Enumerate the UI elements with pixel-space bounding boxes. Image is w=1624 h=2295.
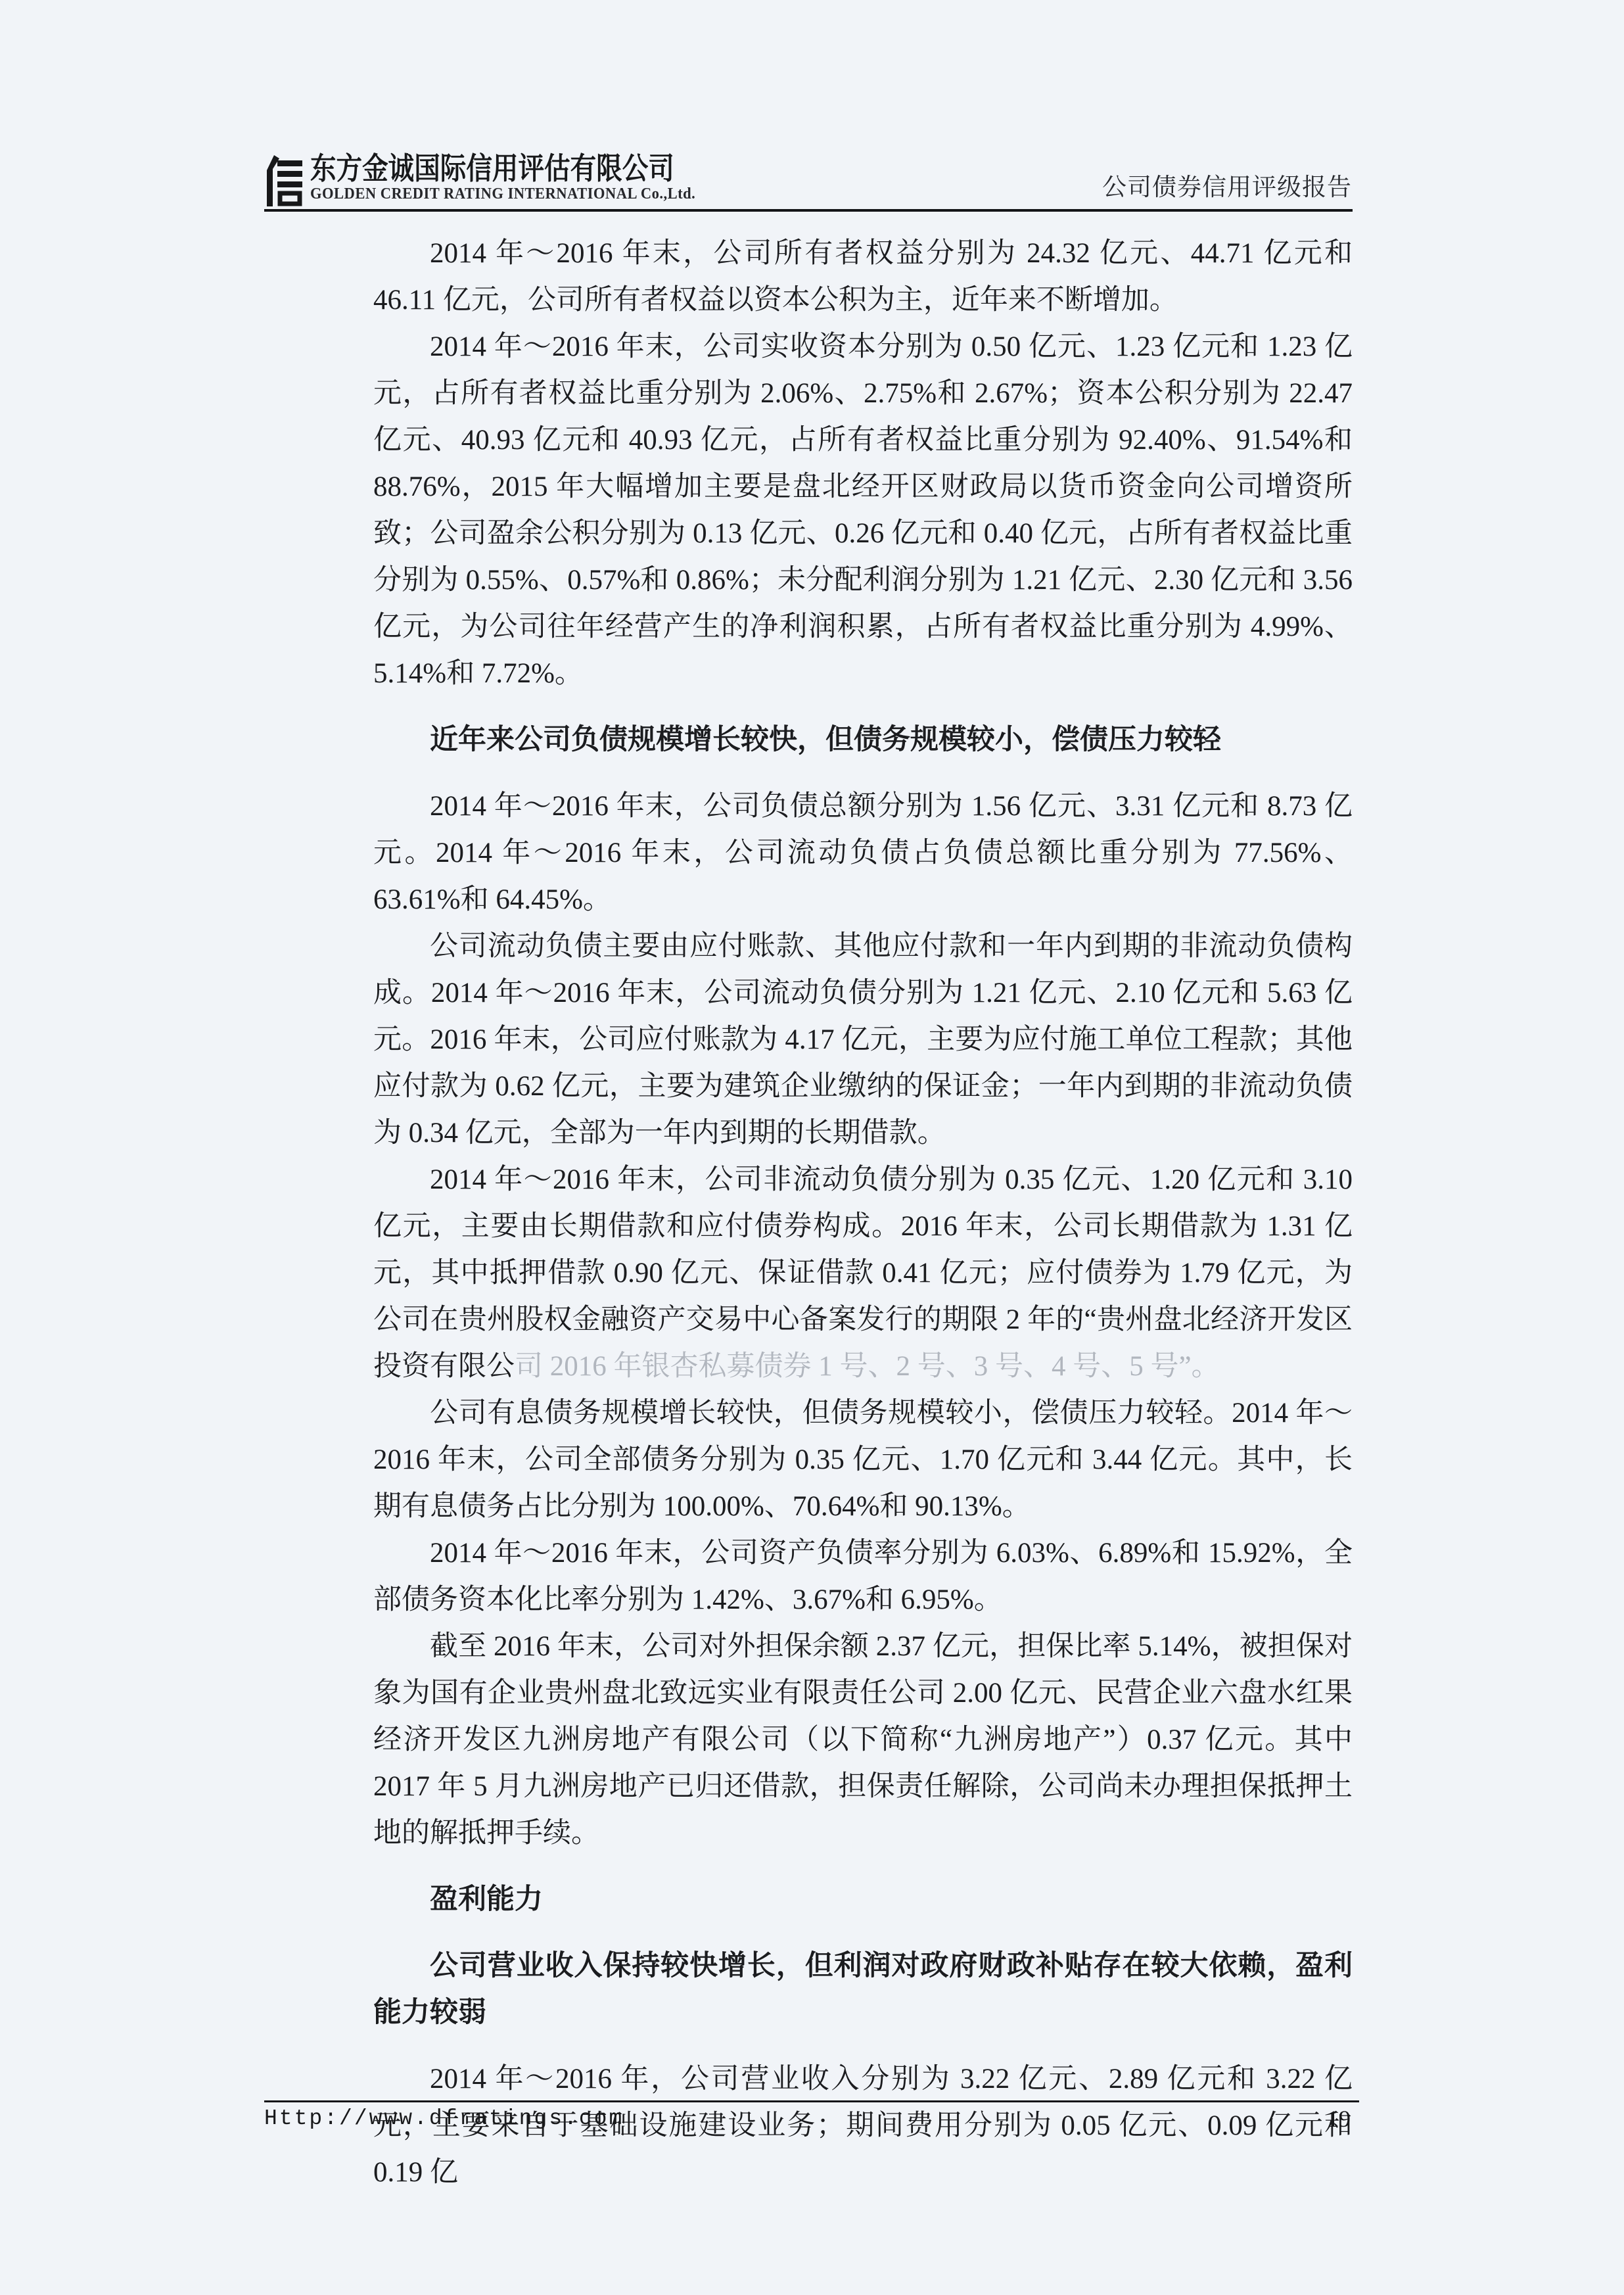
company-logo: 东方金诚国际信用评估有限公司 GOLDEN CREDIT RATING INTE… bbox=[264, 151, 733, 206]
section-heading-profitability: 盈利能力 bbox=[373, 1876, 1353, 1923]
paragraph-paid-in-capital: 2014 年～2016 年末，公司实收资本分别为 0.50 亿元、1.23 亿元… bbox=[373, 323, 1353, 697]
paragraph-debt-ratio: 2014 年～2016 年末，公司资产负债率分别为 6.03%、6.89%和 1… bbox=[373, 1530, 1353, 1623]
paragraph-noncurrent-liabilities-faded-line: 司 2016 年银杏私募债券 1 号、2 号、3 号、4 号、5 号”。 bbox=[515, 1351, 1220, 1382]
paragraph-interest-bearing-debt: 公司有息债务规模增长较快，但债务规模较小，偿债压力较轻。2014 年～2016 … bbox=[373, 1390, 1353, 1530]
paragraph-noncurrent-liabilities-main: 2014 年～2016 年末，公司非流动负债分别为 0.35 亿元、1.20 亿… bbox=[373, 1164, 1353, 1382]
company-name-block: 东方金诚国际信用评估有限公司 GOLDEN CREDIT RATING INTE… bbox=[310, 151, 733, 202]
company-name-en: GOLDEN CREDIT RATING INTERNATIONAL Co.,L… bbox=[310, 185, 708, 202]
report-page: 东方金诚国际信用评估有限公司 GOLDEN CREDIT RATING INTE… bbox=[0, 0, 1624, 2295]
paragraph-noncurrent-liabilities: 2014 年～2016 年末，公司非流动负债分别为 0.35 亿元、1.20 亿… bbox=[373, 1156, 1353, 1390]
report-type-title: 公司债券信用评级报告 bbox=[1102, 174, 1352, 202]
golden-credit-logo-icon bbox=[264, 155, 302, 206]
paragraph-equity: 2014 年～2016 年末，公司所有者权益分别为 24.32 亿元、44.71… bbox=[373, 230, 1353, 323]
report-body: 2014 年～2016 年末，公司所有者权益分别为 24.32 亿元、44.71… bbox=[373, 230, 1353, 2196]
header-rule bbox=[264, 209, 1353, 212]
page-number: 19 bbox=[1327, 2105, 1351, 2133]
section-heading-revenue: 公司营业收入保持较快增长，但利润对政府财政补贴存在较大依赖，盈利能力较弱 bbox=[373, 1943, 1353, 2036]
paragraph-total-debt: 2014 年～2016 年末，公司负债总额分别为 1.56 亿元、3.31 亿元… bbox=[373, 783, 1353, 923]
footer-rule bbox=[264, 2100, 1359, 2102]
section-heading-debt: 近年来公司负债规模增长较快，但债务规模较小，偿债压力较轻 bbox=[373, 717, 1353, 763]
company-name-cn: 东方金诚国际信用评估有限公司 bbox=[310, 151, 674, 185]
paragraph-current-liabilities: 公司流动负债主要由应付账款、其他应付款和一年内到期的非流动负债构成。2014 年… bbox=[373, 923, 1353, 1156]
paragraph-guarantee: 截至 2016 年末，公司对外担保余额 2.37 亿元，担保比率 5.14%，被… bbox=[373, 1623, 1353, 1857]
footer-url: Http://www.dfratings.com bbox=[264, 2106, 624, 2131]
